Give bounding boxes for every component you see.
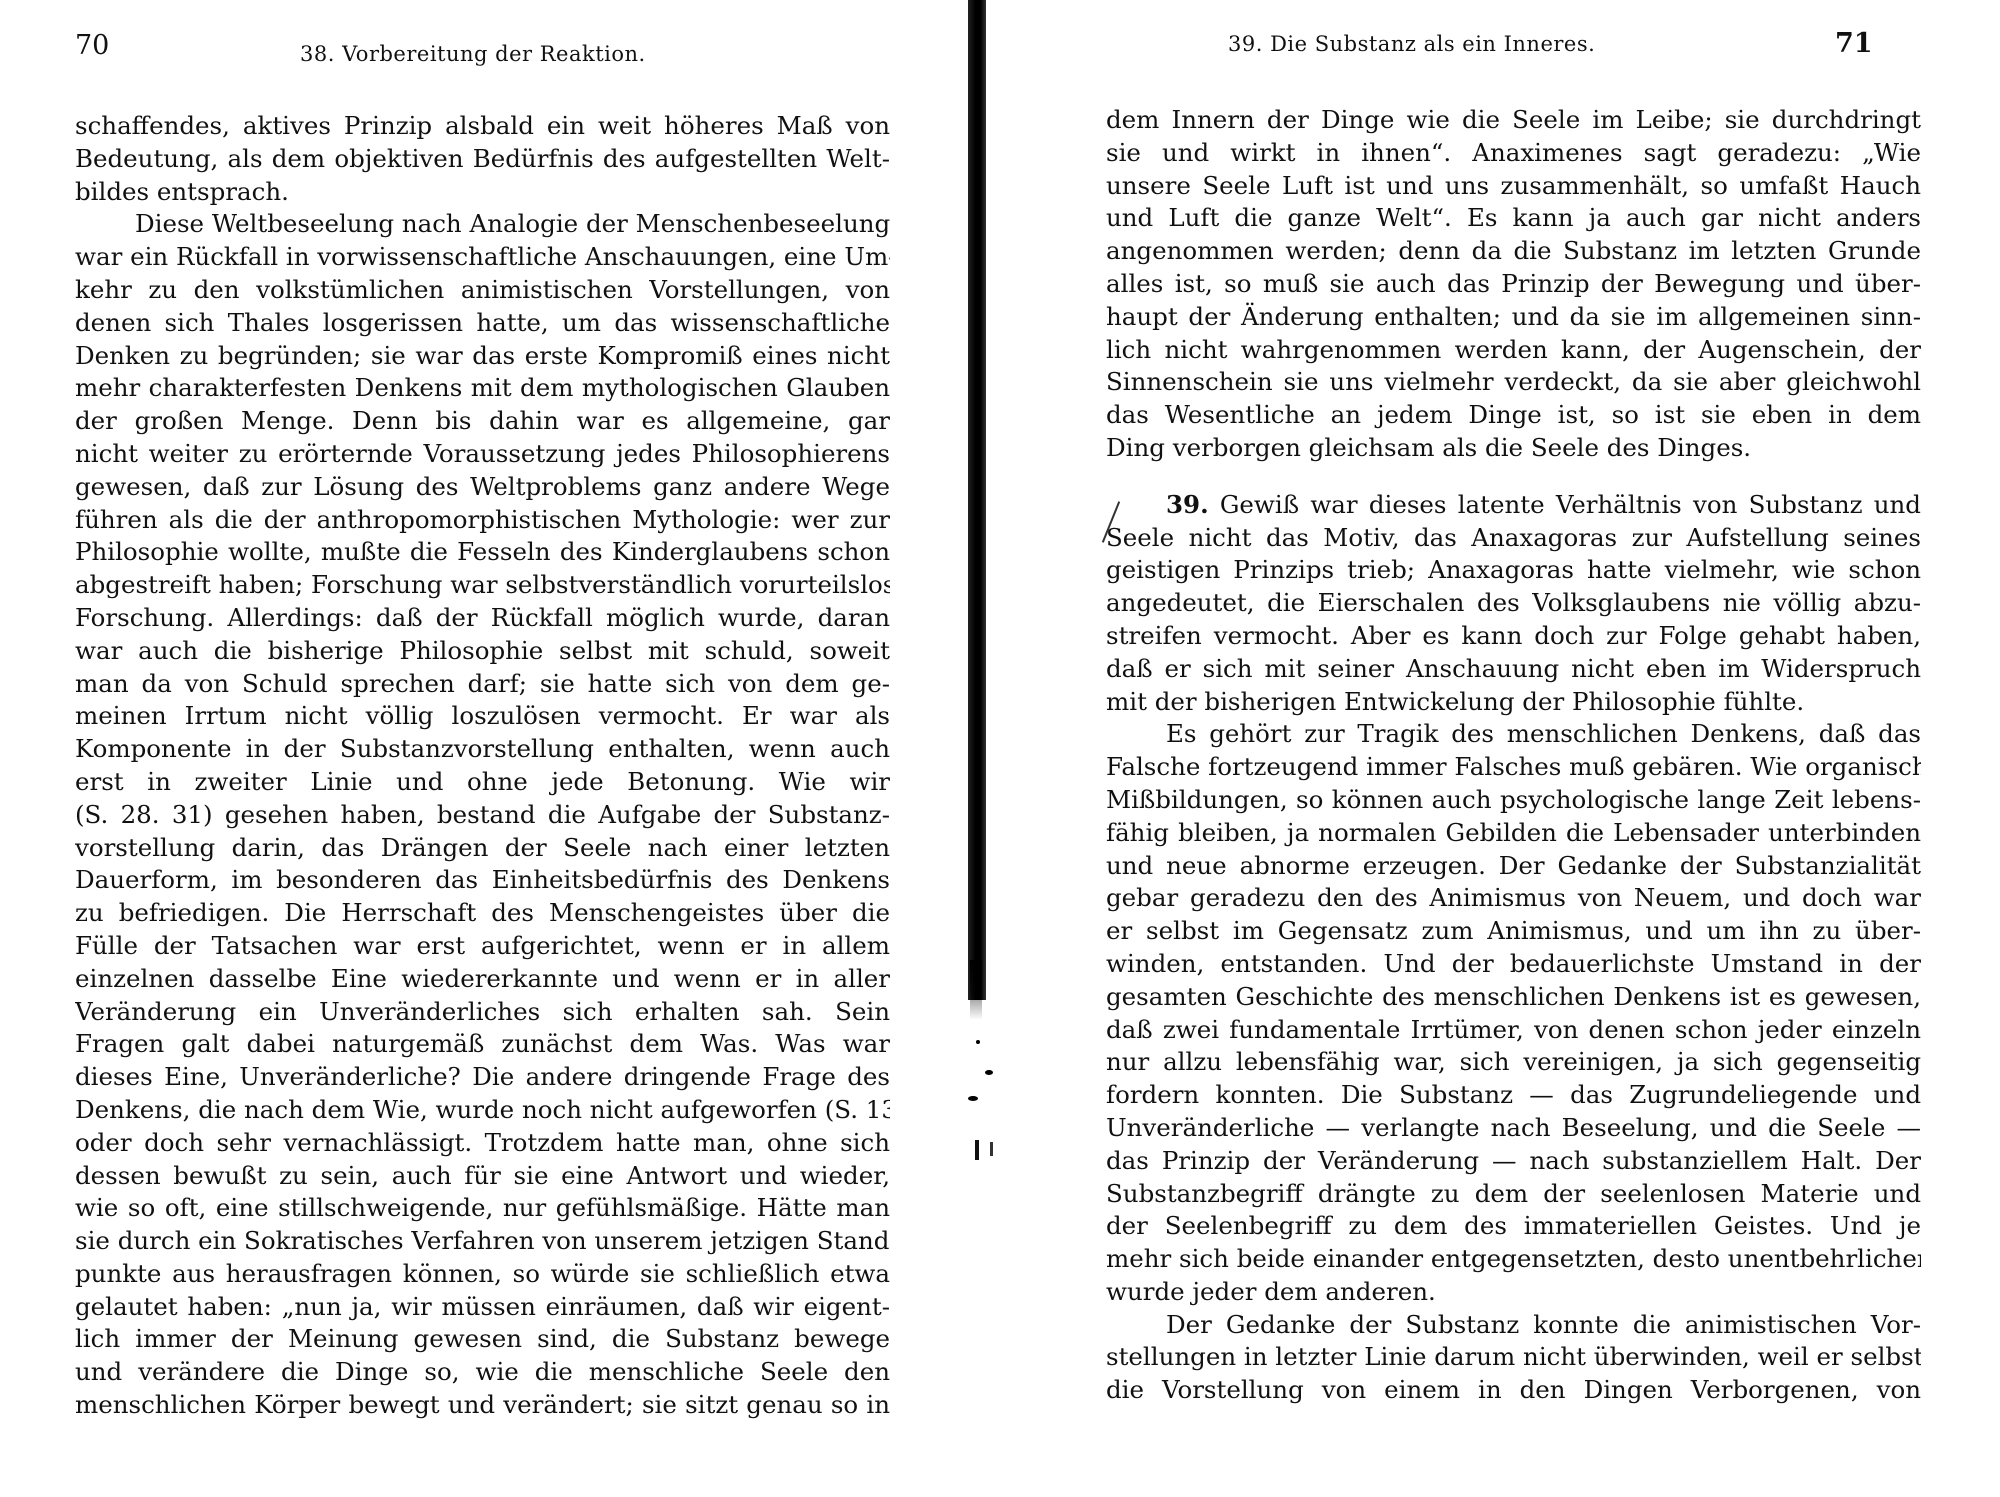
text-line: Veränderung ein Unveränderliches sich er… [75, 996, 890, 1029]
text-line: sie durch ein Sokratisches Verfahren von… [75, 1225, 890, 1258]
text-line: Ding verborgen gleichsam als die Seele d… [1106, 432, 1921, 465]
left-page: 70 38. Vorbereitung der Reaktion. schaff… [0, 0, 960, 1497]
scan-speck [968, 1096, 978, 1101]
text-line: Seele nicht das Motiv, das Anaxagoras zu… [1106, 522, 1921, 555]
text-line: Der Gedanke der Substanz konnte die anim… [1106, 1309, 1921, 1342]
section-number: 39. [1166, 490, 1209, 519]
text-line: und verändere die Dinge so, wie die mens… [75, 1356, 890, 1389]
text-line: mehr charakterfesten Denkens mit dem myt… [75, 372, 890, 405]
text-line: meinen Irrtum nicht völlig loszulösen ve… [75, 700, 890, 733]
text-line: lich immer der Meinung gewesen sind, die… [75, 1323, 890, 1356]
text-line: daß zwei fundamentale Irrtümer, von dene… [1106, 1014, 1921, 1047]
text-line: er selbst im Gegensatz zum Animismus, un… [1106, 915, 1921, 948]
text-line: wurde jeder dem anderen. [1106, 1276, 1921, 1309]
text-line: vorstellung darin, das Drängen der Seele… [75, 832, 890, 865]
text-line: gelautet haben: „nun ja, wir müssen einr… [75, 1291, 890, 1324]
text-line: Komponente in der Substanzvorstellung en… [75, 733, 890, 766]
text-line: Fülle der Tatsachen war erst aufgerichte… [75, 930, 890, 963]
text-line: einzelnen dasselbe Eine wiedererkannte u… [75, 963, 890, 996]
text-line: oder doch sehr vernachlässigt. Trotzdem … [75, 1127, 890, 1160]
binding-gutter-shadow [968, 0, 986, 1000]
page-number-right: 71 [1835, 28, 1873, 59]
text-line: Dauerform, im besonderen das Einheitsbed… [75, 864, 890, 897]
text-line: führen als die der anthropomorphistische… [75, 504, 890, 537]
text-line: gesamten Geschichte des menschlichen Den… [1106, 981, 1921, 1014]
text-line: gebar geradezu den des Animismus von Neu… [1106, 882, 1921, 915]
text-line: mit der bisherigen Entwickelung der Phil… [1106, 686, 1921, 719]
text-line: erst in zweiter Linie und ohne jede Beto… [75, 766, 890, 799]
text-line: zu befriedigen. Die Herrschaft des Mensc… [75, 897, 890, 930]
text-line: die Vorstellung von einem in den Dingen … [1106, 1374, 1921, 1407]
text-line: Denkens, die nach dem Wie, wurde noch ni… [75, 1094, 890, 1127]
text-line: unsere Seele Luft ist und uns zusammenhä… [1106, 170, 1921, 203]
text-line: streifen vermocht. Aber es kann doch zur… [1106, 620, 1921, 653]
text-line: bildes entsprach. [75, 176, 890, 209]
text-line: dieses Eine, Unveränderliche? Die andere… [75, 1061, 890, 1094]
text-line: wie so oft, eine stillschweigende, nur g… [75, 1192, 890, 1225]
text-line: mehr sich beide einander entgegensetzten… [1106, 1243, 1921, 1276]
right-page-text: dem Innern der Dinge wie die Seele im Le… [1106, 104, 1921, 1407]
running-head-right: 39. Die Substanz als ein Inneres. [1228, 32, 1595, 56]
text-line: war ein Rückfall in vorwissenschaftliche… [75, 241, 890, 274]
text-line: Substanzbegriff drängte zu dem der seele… [1106, 1178, 1921, 1211]
running-head-left: 38. Vorbereitung der Reaktion. [300, 42, 646, 66]
text-line: der Seelenbegriff zu dem des immateriell… [1106, 1210, 1921, 1243]
text-line: Mißbildungen, so können auch psychologis… [1106, 784, 1921, 817]
scan-mark [990, 1142, 993, 1156]
text-line: haupt der Änderung enthalten; und da sie… [1106, 301, 1921, 334]
text-line: kehr zu den volkstümlichen animistischen… [75, 274, 890, 307]
text-line: Fragen galt dabei naturgemäß zunächst de… [75, 1028, 890, 1061]
text-line: dessen bewußt zu sein, auch für sie eine… [75, 1160, 890, 1193]
text-line: das Prinzip der Veränderung — nach subst… [1106, 1145, 1921, 1178]
left-page-text: schaffendes, aktives Prinzip alsbald ein… [75, 110, 890, 1422]
scan-speck [976, 1040, 980, 1044]
text-line: lich nicht wahrgenommen werden kann, der… [1106, 334, 1921, 367]
text-line: (S. 28. 31) gesehen haben, bestand die A… [75, 799, 890, 832]
text-line: Denken zu begründen; sie war das erste K… [75, 340, 890, 373]
text-line: der großen Menge. Denn bis dahin war es … [75, 405, 890, 438]
text-line-content: Gewiß war dieses latente Verhältnis von … [1220, 490, 1921, 519]
text-line: sie und wirkt in ihnen“. Anaximenes sagt… [1106, 137, 1921, 170]
text-line: Es gehört zur Tragik des menschlichen De… [1106, 718, 1921, 751]
scan-speck [985, 1070, 993, 1075]
page-number-left: 70 [75, 30, 109, 61]
text-line: und Luft die ganze Welt“. Es kann ja auc… [1106, 202, 1921, 235]
text-line: dem Innern der Dinge wie die Seele im Le… [1106, 104, 1921, 137]
text-line: gewesen, daß zur Lösung des Weltproblems… [75, 471, 890, 504]
text-line: nur allzu lebensfähig war, sich vereinig… [1106, 1046, 1921, 1079]
text-line: Falsche fortzeugend immer Falsches muß g… [1106, 751, 1921, 784]
binding-gutter-fade [970, 960, 982, 1020]
right-page: 39. Die Substanz als ein Inneres. 71 dem… [1000, 0, 2000, 1497]
scan-mark [975, 1140, 979, 1160]
text-line: angenommen werden; denn da die Substanz … [1106, 235, 1921, 268]
text-line: stellungen in letzter Linie darum nicht … [1106, 1341, 1921, 1374]
text-line: Diese Weltbeseelung nach Analogie der Me… [75, 208, 890, 241]
text-line: Forschung. Allerdings: daß der Rückfall … [75, 602, 890, 635]
text-line: winden, entstanden. Und der bedauerlichs… [1106, 948, 1921, 981]
text-line: schaffendes, aktives Prinzip alsbald ein… [75, 110, 890, 143]
text-line: geistigen Prinzips trieb; Anaxagoras hat… [1106, 554, 1921, 587]
text-line: punkte aus herausfragen können, so würde… [75, 1258, 890, 1291]
text-line: fähig bleiben, ja normalen Gebilden die … [1106, 817, 1921, 850]
text-line: daß er sich mit seiner Anschauung nicht … [1106, 653, 1921, 686]
text-line: und neue abnorme erzeugen. Der Gedanke d… [1106, 850, 1921, 883]
text-line: Philosophie wollte, mußte die Fesseln de… [75, 536, 890, 569]
text-line: abgestreift haben; Forschung war selbstv… [75, 569, 890, 602]
text-line: 39. Gewiß war dieses latente Verhältnis … [1106, 489, 1921, 522]
text-line: alles ist, so muß sie auch das Prinzip d… [1106, 268, 1921, 301]
text-line: man da von Schuld sprechen darf; sie hat… [75, 668, 890, 701]
text-line: denen sich Thales losgerissen hatte, um … [75, 307, 890, 340]
text-line: menschlichen Körper bewegt und verändert… [75, 1389, 890, 1422]
text-line: fordern konnten. Die Substanz — das Zugr… [1106, 1079, 1921, 1112]
text-line: Bedeutung, als dem objektiven Bedürfnis … [75, 143, 890, 176]
text-line: nicht weiter zu erörternde Voraussetzung… [75, 438, 890, 471]
text-line: war auch die bisherige Philosophie selbs… [75, 635, 890, 668]
text-line: Sinnenschein sie uns vielmehr verdeckt, … [1106, 366, 1921, 399]
text-line: angedeutet, die Eierschalen des Volksgla… [1106, 587, 1921, 620]
text-line: Unveränderliche — verlangte nach Beseelu… [1106, 1112, 1921, 1145]
text-line: das Wesentliche an jedem Dinge ist, so i… [1106, 399, 1921, 432]
